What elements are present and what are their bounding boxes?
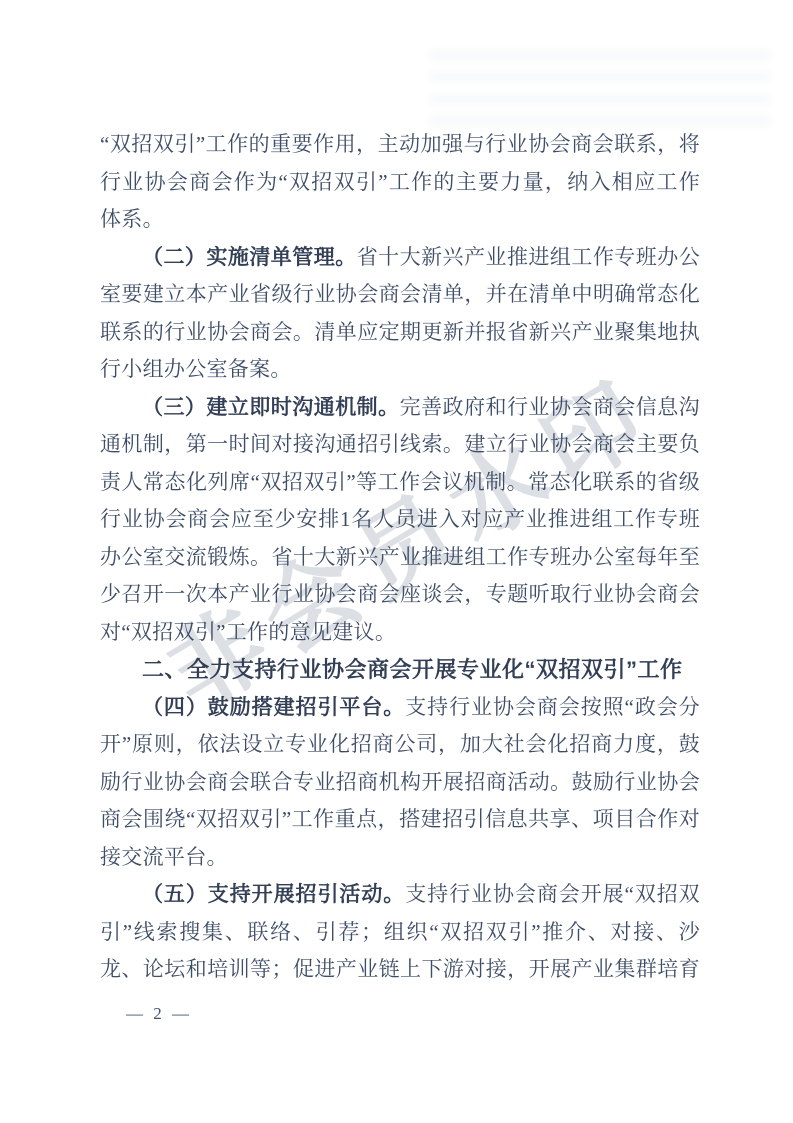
text-run: 龙、论坛和培训等；促进产业链上下游对接，开展产业集群培育 — [100, 957, 700, 981]
document-line: 引”线索搜集、联络、引荐；组织“双招双引”推介、对接、沙 — [100, 914, 700, 952]
paragraph: （四）鼓励搭建招引平台。支持行业协会商会按照“政会分开”原则，依法设立专业化招商… — [100, 689, 700, 877]
emphasis-run: （三）建立即时沟通机制。 — [142, 395, 400, 419]
bleed-through-artifact — [430, 50, 770, 130]
document-body: “双招双引”工作的重要作用，主动加强与行业协会商会联系，将行业协会商会作为“双招… — [100, 126, 700, 989]
paragraph: （二）实施清单管理。省十大新兴产业推进组工作专班办公室要建立本产业省级行业协会商… — [100, 239, 700, 389]
text-run: 少召开一次本产业行业协会商会座谈会，专题听取行业协会商会 — [100, 582, 700, 606]
text-run: 开”原则，依法设立专业化招商公司，加大社会化招商力度，鼓 — [100, 732, 700, 756]
document-line: 对“双招双引”工作的意见建议。 — [100, 614, 700, 652]
text-run: 行小组办公室备案。 — [100, 357, 292, 381]
text-run: 体系。 — [100, 207, 164, 231]
document-line: 行业协会商会作为“双招双引”工作的主要力量，纳入相应工作 — [100, 164, 700, 202]
emphasis-run: （二）实施清单管理。 — [142, 245, 357, 269]
section-heading: 二、全力支持行业协会商会开展专业化“双招双引”工作 — [100, 651, 700, 689]
text-run: “双招双引”工作的重要作用，主动加强与行业协会商会联系，将 — [100, 132, 700, 156]
paragraph: （五）支持开展招引活动。支持行业协会商会开展“双招双引”线索搜集、联络、引荐；组… — [100, 876, 700, 989]
document-line: （二）实施清单管理。省十大新兴产业推进组工作专班办公 — [100, 239, 700, 277]
document-line: “双招双引”工作的重要作用，主动加强与行业协会商会联系，将 — [100, 126, 700, 164]
text-run: 省十大新兴产业推进组工作专班办公 — [357, 245, 700, 269]
text-run: 责人常态化列席“双招双引”等工作会议机制。常态化联系的省级 — [100, 470, 700, 494]
paragraph: “双招双引”工作的重要作用，主动加强与行业协会商会联系，将行业协会商会作为“双招… — [100, 126, 700, 239]
document-line: 龙、论坛和培训等；促进产业链上下游对接，开展产业集群培育 — [100, 951, 700, 989]
document-line: （三）建立即时沟通机制。完善政府和行业协会商会信息沟 — [100, 389, 700, 427]
document-line: （四）鼓励搭建招引平台。支持行业协会商会按照“政会分 — [100, 689, 700, 727]
text-run: 办公室交流锻炼。省十大新兴产业推进组工作专班办公室每年至 — [100, 545, 700, 569]
text-run: 行业协会商会作为“双招双引”工作的主要力量，纳入相应工作 — [100, 170, 700, 194]
text-run: 支持行业协会商会开展“双招双 — [405, 882, 700, 906]
scanned-document-page: 非会员水印 “双招双引”工作的重要作用，主动加强与行业协会商会联系，将行业协会商… — [0, 0, 793, 1123]
document-line: 通机制，第一时间对接沟通招引线索。建立行业协会商会主要负 — [100, 426, 700, 464]
text-run: 联系的行业协会商会。清单应定期更新并报省新兴产业聚集地执 — [100, 320, 700, 344]
text-run: 励行业协会商会联合专业招商机构开展招商活动。鼓励行业协会 — [100, 770, 700, 794]
text-run: 商会围绕“双招双引”工作重点，搭建招引信息共享、项目合作对 — [100, 807, 700, 831]
text-run: 室要建立本产业省级行业协会商会清单，并在清单中明确常态化 — [100, 282, 700, 306]
text-run: 通机制，第一时间对接沟通招引线索。建立行业协会商会主要负 — [100, 432, 700, 456]
document-line: 开”原则，依法设立专业化招商公司，加大社会化招商力度，鼓 — [100, 726, 700, 764]
text-run: 完善政府和行业协会商会信息沟 — [400, 395, 700, 419]
document-line: 办公室交流锻炼。省十大新兴产业推进组工作专班办公室每年至 — [100, 539, 700, 577]
document-line: 责人常态化列席“双招双引”等工作会议机制。常态化联系的省级 — [100, 464, 700, 502]
document-line: 二、全力支持行业协会商会开展专业化“双招双引”工作 — [100, 651, 700, 689]
text-run: 对“双招双引”工作的意见建议。 — [100, 620, 396, 644]
document-line: 行小组办公室备案。 — [100, 351, 700, 389]
document-line: 励行业协会商会联合专业招商机构开展招商活动。鼓励行业协会 — [100, 764, 700, 802]
emphasis-run: （四）鼓励搭建招引平台。 — [142, 695, 405, 719]
document-line: 商会围绕“双招双引”工作重点，搭建招引信息共享、项目合作对 — [100, 801, 700, 839]
document-line: 体系。 — [100, 201, 700, 239]
emphasis-run: （五）支持开展招引活动。 — [142, 882, 405, 906]
document-line: 室要建立本产业省级行业协会商会清单，并在清单中明确常态化 — [100, 276, 700, 314]
text-run: 引”线索搜集、联络、引荐；组织“双招双引”推介、对接、沙 — [100, 920, 700, 944]
document-line: 联系的行业协会商会。清单应定期更新并报省新兴产业聚集地执 — [100, 314, 700, 352]
paragraph: （三）建立即时沟通机制。完善政府和行业协会商会信息沟通机制，第一时间对接沟通招引… — [100, 389, 700, 652]
document-line: 少召开一次本产业行业协会商会座谈会，专题听取行业协会商会 — [100, 576, 700, 614]
text-run: 行业协会商会应至少安排1名人员进入对应产业推进组工作专班 — [100, 507, 700, 531]
document-line: 行业协会商会应至少安排1名人员进入对应产业推进组工作专班 — [100, 501, 700, 539]
document-line: （五）支持开展招引活动。支持行业协会商会开展“双招双 — [100, 876, 700, 914]
page-number: — 2 — — [126, 1004, 192, 1024]
emphasis-run: 二、全力支持行业协会商会开展专业化“双招双引”工作 — [142, 657, 683, 682]
text-run: 接交流平台。 — [100, 845, 228, 869]
document-line: 接交流平台。 — [100, 839, 700, 877]
text-run: 支持行业协会商会按照“政会分 — [405, 695, 700, 719]
